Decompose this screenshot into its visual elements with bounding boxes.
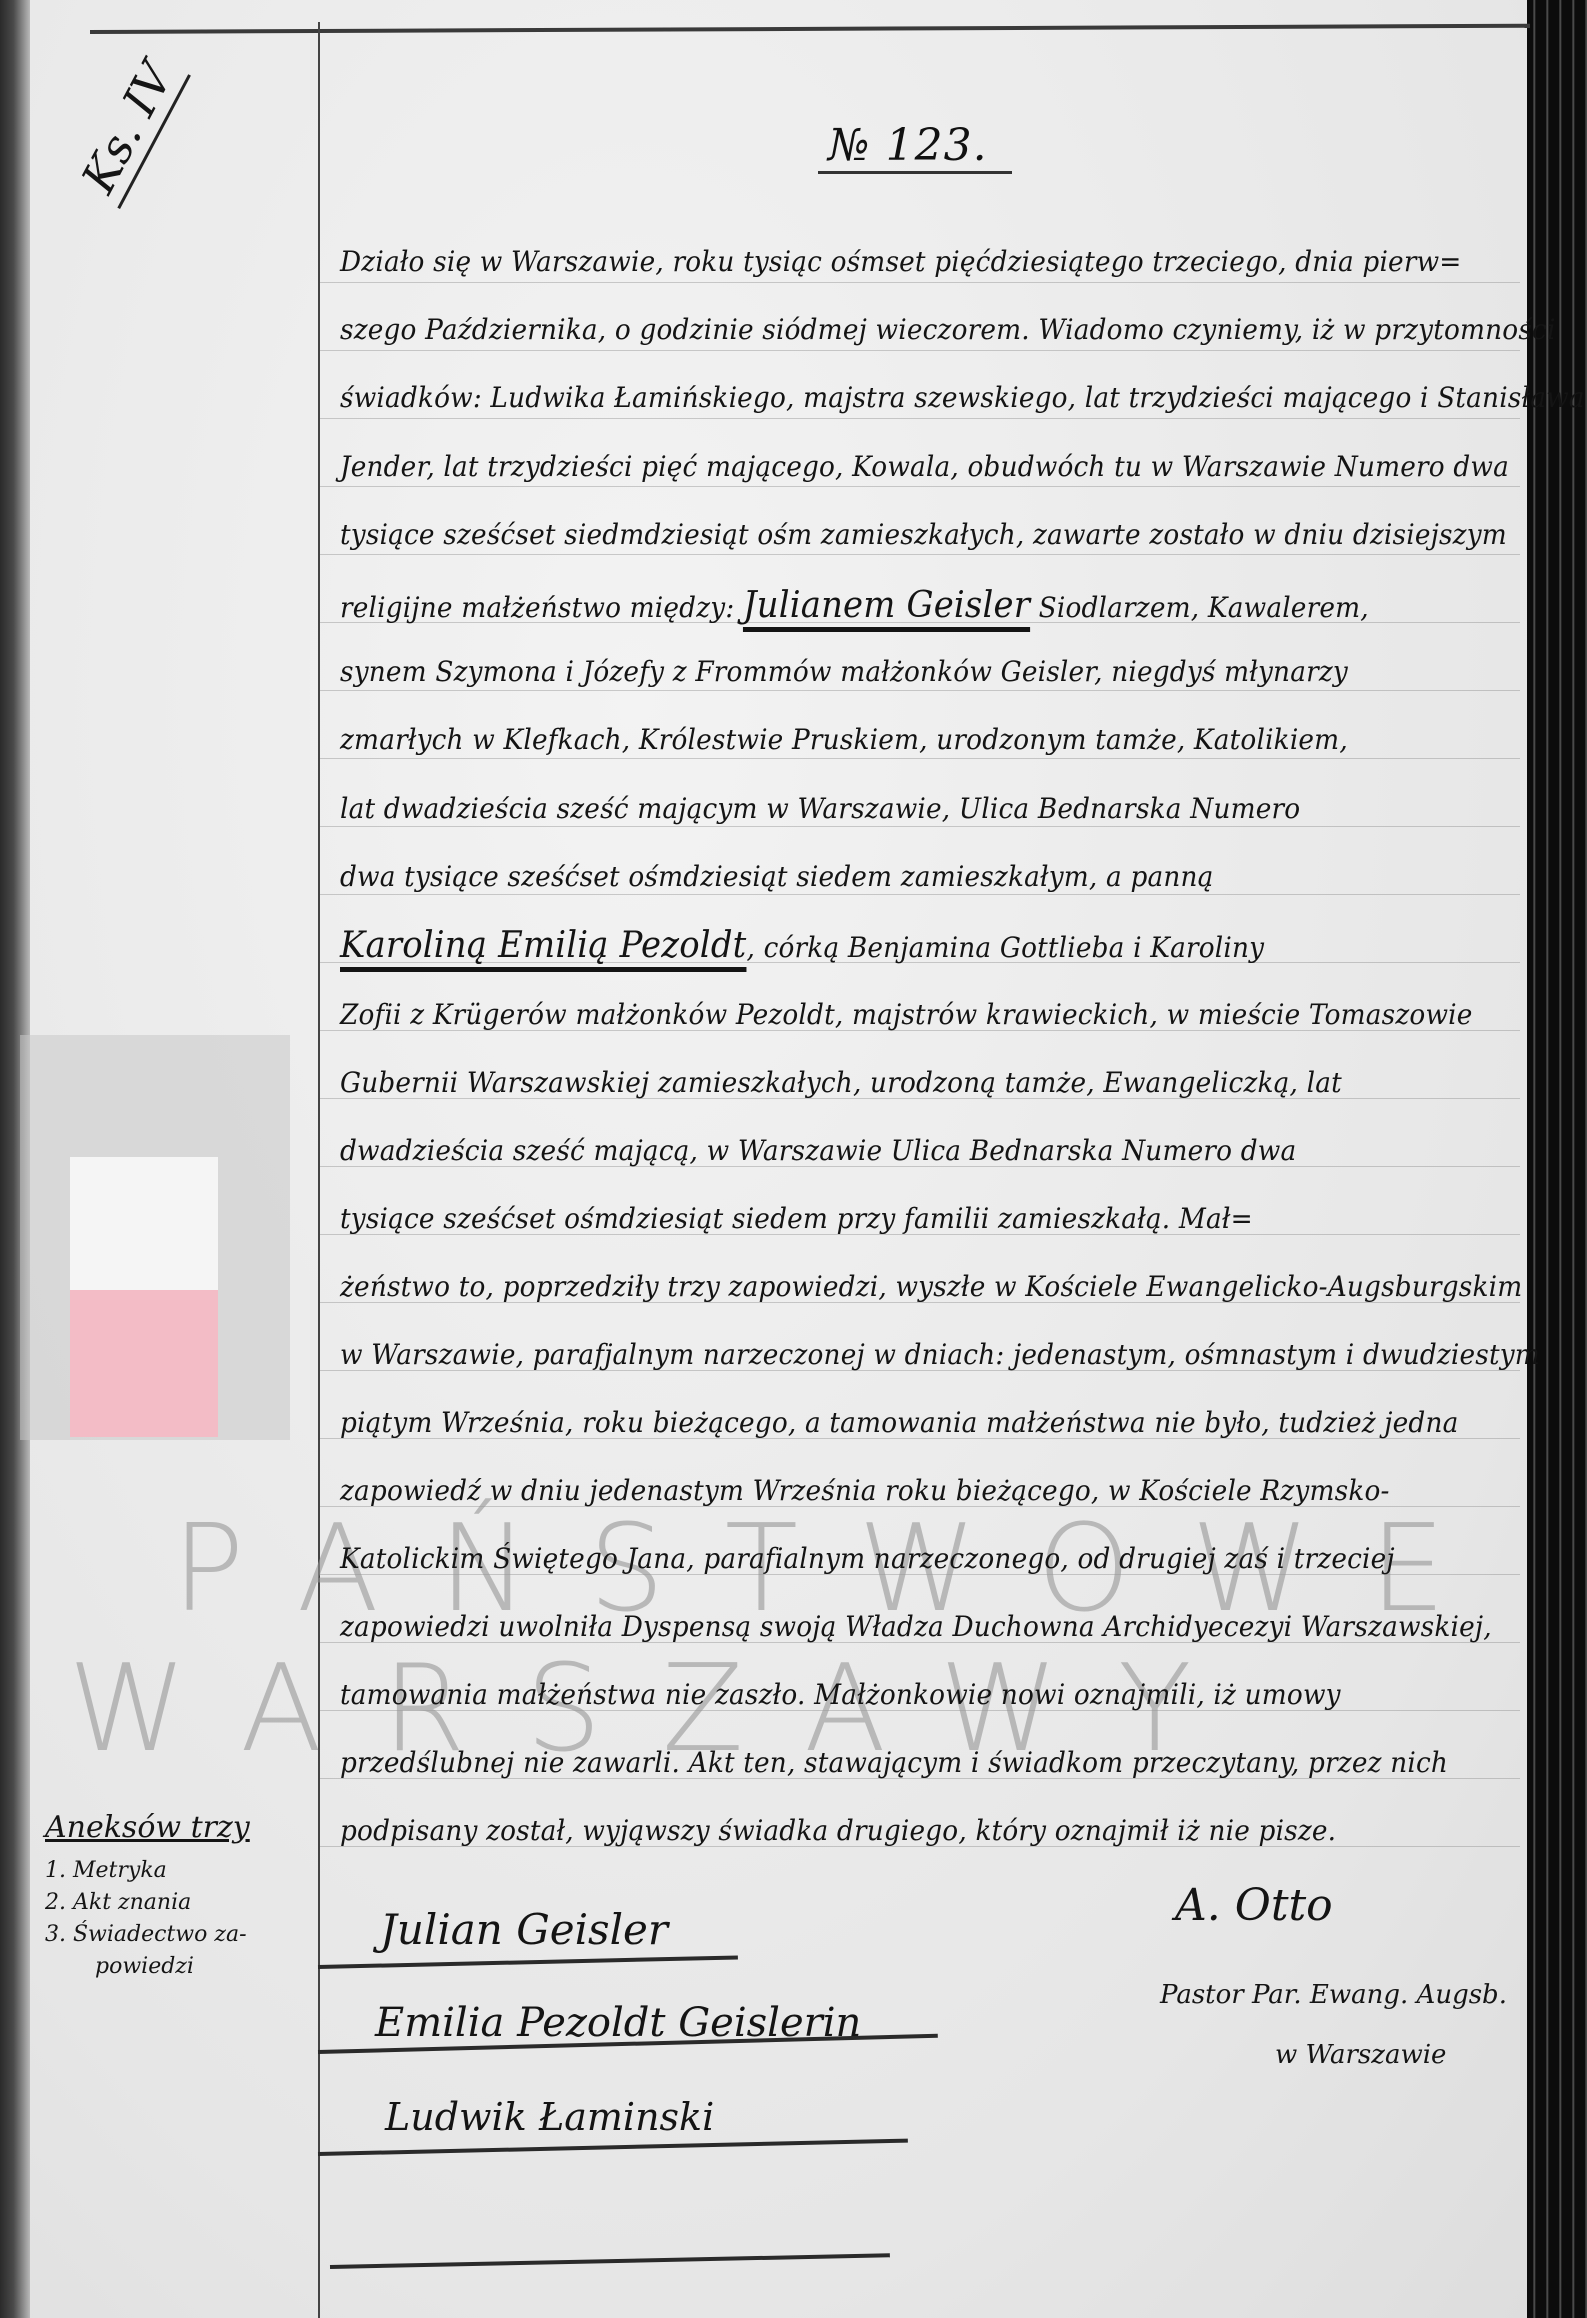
body-line: synem Szymona i Józefy z Frommów małżonk… bbox=[340, 655, 1449, 688]
pastor-location: w Warszawie bbox=[1275, 2040, 1446, 2070]
ruled-line bbox=[320, 350, 1520, 351]
body-line: Działo się w Warszawie, roku tysiąc ośms… bbox=[340, 245, 1449, 278]
body-line: tamowania małżeństwa nie zaszło. Małżonk… bbox=[340, 1678, 1449, 1711]
ruled-line bbox=[320, 826, 1520, 827]
body-line-groom: religijne małżeństwo między: Julianem Ge… bbox=[340, 585, 1449, 626]
flag-red-stripe bbox=[70, 1290, 218, 1437]
body-line: dwa tysiące sześćset ośmdziesiąt siedem … bbox=[340, 860, 1449, 893]
body-line-bride: Karoliną Emilią Pezoldt, córką Benjamina… bbox=[340, 925, 1449, 966]
bride-name: Karoliną Emilią Pezoldt bbox=[340, 925, 746, 966]
annexes-note: Aneksów trzy 1. Metryka 2. Akt znania 3.… bbox=[45, 1810, 315, 1983]
left-margin-rule bbox=[318, 22, 320, 2318]
body-line: religijne małżeństwo między: bbox=[340, 591, 734, 624]
body-line: szego Października, o godzinie siódmej w… bbox=[340, 313, 1449, 346]
body-line: Gubernii Warszawskiej zamieszkałych, uro… bbox=[340, 1066, 1449, 1099]
body-line: tysiące sześćset siedmdziesiąt ośm zamie… bbox=[340, 518, 1449, 551]
signature-groom: Julian Geisler bbox=[380, 1905, 668, 1954]
body-line: dwadzieścia sześć mającą, w Warszawie Ul… bbox=[340, 1134, 1449, 1167]
annex-item: 3. Świadectwo za- bbox=[45, 1919, 315, 1951]
annexes-title: Aneksów trzy bbox=[45, 1810, 315, 1845]
body-line: Zofii z Krügerów małżonków Pezoldt, majs… bbox=[340, 998, 1449, 1031]
body-line: przedślubnej nie zawarli. Akt ten, stawa… bbox=[340, 1746, 1449, 1779]
signature-pastor: A. Otto bbox=[1175, 1880, 1333, 1931]
ruled-line bbox=[320, 282, 1520, 283]
body-line: w Warszawie, parafjalnym narzeczonej w d… bbox=[340, 1338, 1449, 1371]
record-number: № 123. bbox=[818, 120, 1012, 174]
ruled-line bbox=[320, 758, 1520, 759]
annex-item: powiedzi bbox=[45, 1951, 315, 1983]
body-line: zmarłych w Klefkach, Królestwie Pruskiem… bbox=[340, 723, 1449, 756]
annex-item: 2. Akt znania bbox=[45, 1887, 315, 1919]
signature-witness: Ludwik Łaminski bbox=[385, 2095, 714, 2139]
flag-white-stripe bbox=[70, 1157, 218, 1290]
body-line: żeństwo to, poprzedziły trzy zapowiedzi,… bbox=[340, 1270, 1449, 1303]
body-line: Jender, lat trzydzieści pięć mającego, K… bbox=[340, 450, 1449, 483]
bride-suffix: , bbox=[746, 931, 763, 964]
groom-occupation: Siodlarzem, Kawalerem, bbox=[1030, 591, 1369, 624]
ruled-line bbox=[320, 486, 1520, 487]
page-stack-edge bbox=[1527, 0, 1587, 2318]
body-line: lat dwadzieścia sześć mającym w Warszawi… bbox=[340, 792, 1449, 825]
body-line: tysiące sześćset ośmdziesiąt siedem przy… bbox=[340, 1202, 1449, 1235]
pastor-title: Pastor Par. Ewang. Augsb. bbox=[1160, 1980, 1507, 2010]
body-line: córką Benjamina Gottlieba i Karoliny bbox=[764, 931, 1265, 964]
body-line: Katolickim Świętego Jana, parafialnym na… bbox=[340, 1542, 1449, 1575]
body-line: zapowiedzi uwolniła Dyspensą swoją Władz… bbox=[340, 1610, 1449, 1643]
body-line: zapowiedź w dniu jedenastym Września rok… bbox=[340, 1474, 1449, 1507]
ruled-line bbox=[320, 418, 1520, 419]
ruled-line bbox=[320, 894, 1520, 895]
body-line: świadków: Ludwika Łamińskiego, majstra s… bbox=[340, 381, 1449, 414]
body-line: podpisany został, wyjąwszy świadka drugi… bbox=[340, 1814, 1449, 1847]
body-line: piątym Września, roku bieżącego, a tamow… bbox=[340, 1406, 1449, 1439]
ruled-line bbox=[320, 554, 1520, 555]
annex-item: 1. Metryka bbox=[45, 1855, 315, 1887]
groom-name: Julianem Geisler bbox=[743, 585, 1030, 626]
ruled-line bbox=[320, 690, 1520, 691]
